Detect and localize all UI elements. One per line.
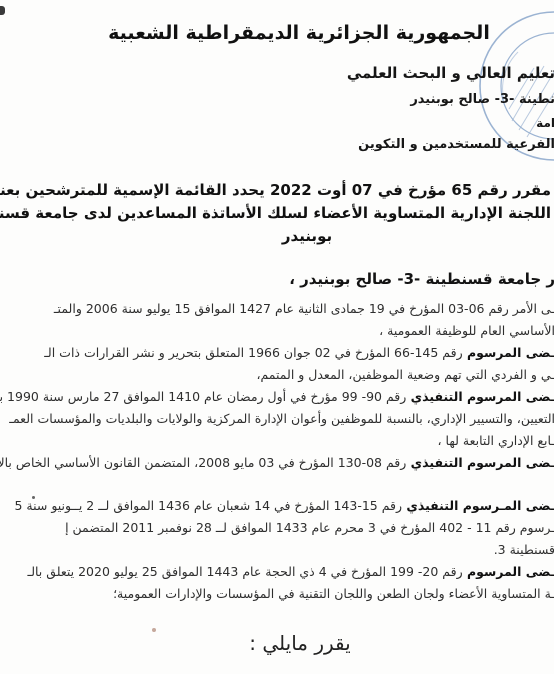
- decree-heading-line1: مقرر رقم 65 مؤرخ في 07 أوت 2022 يحدد الق…: [0, 179, 551, 202]
- preamble-line: ـى الأمر رقم 06-03 المؤرخ في 19 جمادى ال…: [0, 298, 554, 320]
- preamble-line: ـضى المرسوم رقم 145-66 المؤرخ في 02 جوان…: [0, 342, 554, 364]
- decree-heading-line3: بوبنيدر: [0, 225, 554, 248]
- document-page: وزارة التعليم العالي والبحث العلمي ※ الج…: [0, 0, 554, 674]
- preamble-line: الأساسي العام للوظيفة العمومية ،: [0, 320, 554, 342]
- decree-heading: مقرر رقم 65 مؤرخ في 07 أوت 2022 يحدد الق…: [0, 179, 554, 248]
- preamble-line: قسنطينة 3.: [0, 539, 554, 561]
- preamble-line: ـضى المرسوم التنفيذي رقم 90- 99 مؤرخ في …: [0, 386, 554, 408]
- seal-text: وزارة التعليم العالي والبحث العلمي ※: [474, 6, 479, 9]
- issuing-authority-line: ر جامعة قسنطينة -3- صالح بوبنيدر ،: [0, 270, 554, 288]
- scan-artifact: [0, 6, 5, 15]
- decision-clause: يقرر مايلي :: [0, 631, 554, 655]
- preamble-line: ـضى المـرسوم التنفيذي رقم 15-143 المؤرخ …: [0, 495, 554, 517]
- preamble-line: ـة المتساوية الأعضاء ولجان الطعن واللجان…: [0, 583, 554, 605]
- scan-artifact: [152, 628, 156, 632]
- university-name: نطينة -3- صالح بوبنيدر: [0, 92, 554, 107]
- scan-artifact: [32, 496, 35, 499]
- subdirectorate-label: الفرعية للمستخدمين و التكوين: [0, 137, 554, 152]
- preamble-line: ـرسوم رقم 11 - 402 المؤرخ في 3 محرم عام …: [0, 517, 554, 539]
- preamble-line: ـضى المرسوم رقم 20- 199 المؤرخ في 4 ذي ا…: [0, 561, 554, 583]
- general-secretariat-label: امة: [0, 116, 554, 130]
- svg-text:وزارة التعليم العالي والبحث ال: وزارة التعليم العالي والبحث العلمي ※: [474, 6, 479, 9]
- decree-preamble: ـى الأمر رقم 06-03 المؤرخ في 19 جمادى ال…: [0, 298, 554, 605]
- ministry-name: تعليم العالي و البحث العلمي: [0, 64, 554, 82]
- preamble-line: التعيين، والتسيير الإداري، بالنسبة للموظ…: [0, 408, 554, 430]
- preamble-line: ـضى المرسوم التنفيذي رقم 08-130 المؤرخ ف…: [0, 452, 554, 474]
- page-title: الجمهورية الجزائرية الديمقراطية الشعبية: [0, 22, 554, 44]
- decree-heading-line2: اللجنة الإدارية المتساوية الأعضاء لسلك ا…: [0, 202, 551, 225]
- preamble-line: ـي و الفردي التي تهم وضعية الموظفين، الم…: [0, 364, 554, 386]
- preamble-line: ـابع الإداري التابعة لها ،: [0, 430, 554, 452]
